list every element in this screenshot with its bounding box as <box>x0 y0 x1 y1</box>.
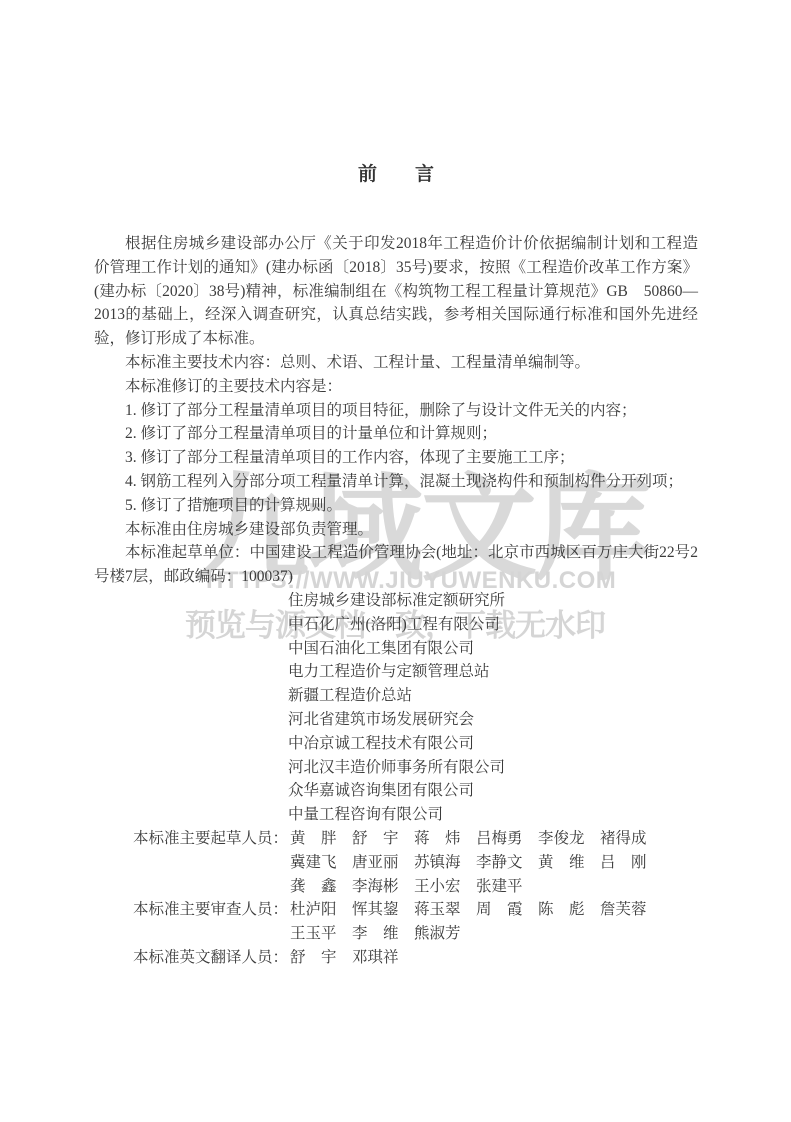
translators-group: 本标准英文翻译人员： 舒 宇 邓琪祥 <box>94 946 698 970</box>
reviewers-row: 王玉平 李 维 熊淑芳 <box>290 922 698 946</box>
translators-label: 本标准英文翻译人员： <box>133 946 288 970</box>
drafters-row: 冀建飞 唐亚丽 苏镇海 李静文 黄 维 吕 刚 <box>290 851 698 875</box>
document-page: 九域文库 HTTPS://WWW.JIUYUWENKU.COM 预览与源文档一致… <box>0 0 791 1122</box>
drafters-group: 本标准主要起草人员： 黄 胖 舒 宇 蒋 炜 吕梅勇 李俊龙 褚得成 冀建飞 唐… <box>94 827 698 898</box>
revision-item-5: 5. 修订了措施项目的计算规则。 <box>94 494 698 518</box>
organization-item: 河北汉丰造价师事务所有限公司 <box>288 756 698 780</box>
organization-item: 电力工程造价与定额管理总站 <box>288 660 698 684</box>
revision-item-2: 2. 修订了部分工程量清单项目的计量单位和计算规则； <box>94 422 698 446</box>
organization-item: 住房城乡建设部标准定额研究所 <box>288 589 698 613</box>
organization-item: 河北省建筑市场发展研究会 <box>288 708 698 732</box>
revision-item-4: 4. 钢筋工程列入分部分项工程量清单计算，混凝土现浇构件和预制构件分开列项； <box>94 470 698 494</box>
revision-item-1: 1. 修订了部分工程量清单项目的项目特征，删除了与设计文件无关的内容； <box>94 399 698 423</box>
reviewers-row: 杜泸阳 恽其鋆 蒋玉翠 周 霞 陈 彪 詹芙蓉 <box>290 898 698 922</box>
organization-item: 中冶京诚工程技术有限公司 <box>288 732 698 756</box>
translators-row: 舒 宇 邓琪祥 <box>290 946 698 970</box>
paragraph-main-contents: 本标准主要技术内容：总则、术语、工程计量、工程量清单编制等。 <box>94 351 698 375</box>
revision-item-3: 3. 修订了部分工程量清单项目的工作内容，体现了主要施工工序； <box>94 446 698 470</box>
reviewers-label: 本标准主要审查人员： <box>133 898 288 922</box>
personnel-section: 本标准主要起草人员： 黄 胖 舒 宇 蒋 炜 吕梅勇 李俊龙 褚得成 冀建飞 唐… <box>94 827 698 970</box>
paragraph-management: 本标准由住房城乡建设部负责管理。 <box>94 518 698 542</box>
intro-paragraph: 根据住房城乡建设部办公厅《关于印发2018年工程造价计价依据编制计划和工程造价管… <box>94 232 698 351</box>
drafting-organizations-list: 住房城乡建设部标准定额研究所 中石化广州(洛阳)工程有限公司 中国石油化工集团有… <box>94 589 698 827</box>
organization-item: 众华嘉诚咨询集团有限公司 <box>288 779 698 803</box>
drafters-row: 黄 胖 舒 宇 蒋 炜 吕梅勇 李俊龙 褚得成 <box>290 827 698 851</box>
organization-item: 中石化广州(洛阳)工程有限公司 <box>288 613 698 637</box>
drafters-label: 本标准主要起草人员： <box>133 827 288 851</box>
drafters-row: 龚 鑫 李海彬 王小宏 张建平 <box>290 875 698 899</box>
drafting-unit-paragraph: 本标准起草单位：中国建设工程造价管理协会(地址：北京市西城区百万庄大街22号2号… <box>94 541 698 589</box>
organization-item: 中量工程咨询有限公司 <box>288 803 698 827</box>
page-title: 前 言 <box>94 163 698 187</box>
paragraph-revision-lead: 本标准修订的主要技术内容是： <box>94 375 698 399</box>
organization-item: 中国石油化工集团有限公司 <box>288 637 698 661</box>
reviewers-group: 本标准主要审查人员： 杜泸阳 恽其鋆 蒋玉翠 周 霞 陈 彪 詹芙蓉 王玉平 李… <box>94 898 698 946</box>
organization-item: 新疆工程造价总站 <box>288 684 698 708</box>
page-content: 前 言 根据住房城乡建设部办公厅《关于印发2018年工程造价计价依据编制计划和工… <box>94 163 698 970</box>
